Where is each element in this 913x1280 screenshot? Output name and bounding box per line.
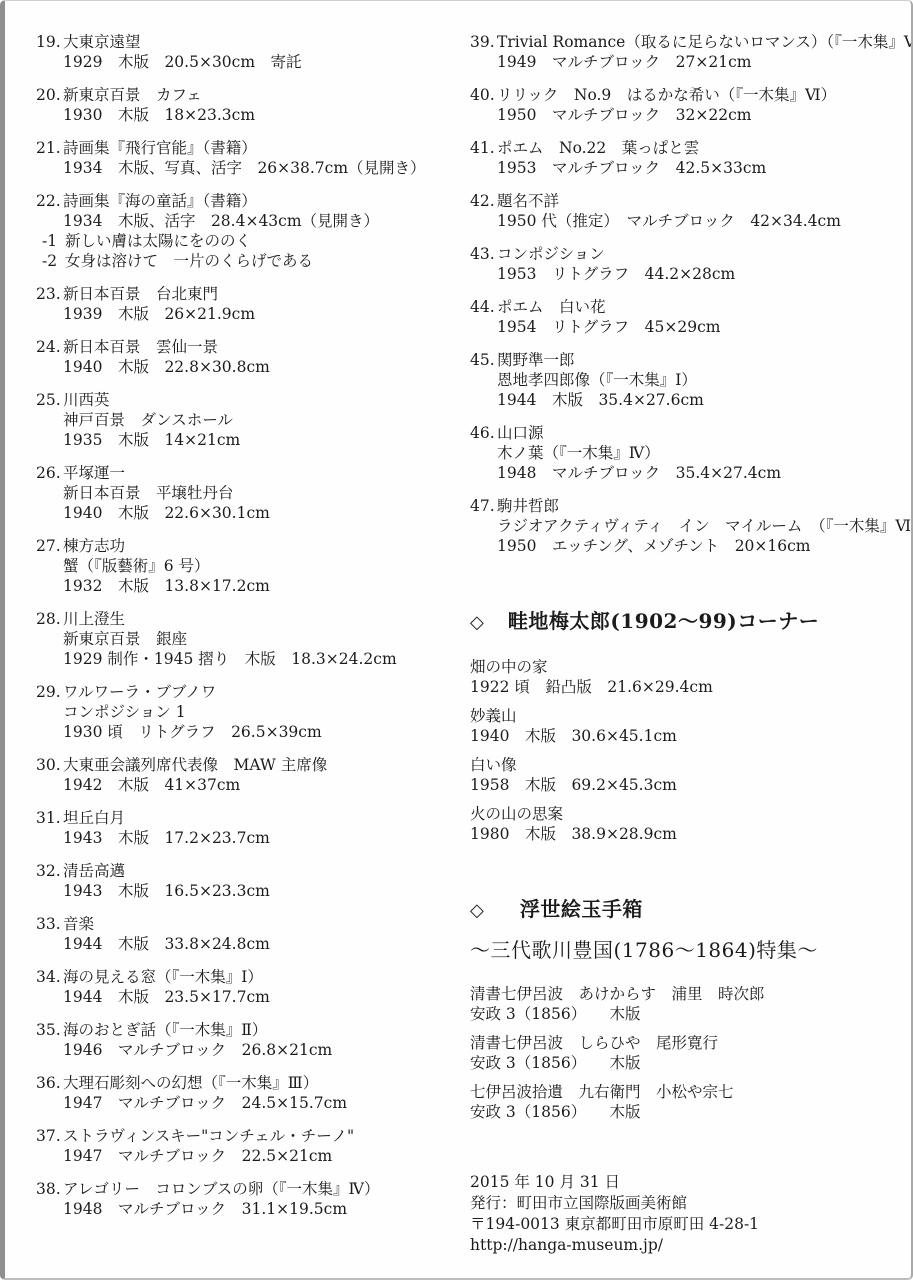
item-detail: 1947 マルチブロック 24.5×15.7cm [63,1093,347,1113]
catalog-entry: 七伊呂波拾遺 九右衛門 小松や宗七安政 3（1856） 木版 [470,1082,911,1122]
item-line: 42.題名不詳 [470,191,911,211]
item-detail: 新東京百景 銀座 [63,629,187,649]
item-detail: 1930 頃 リトグラフ 26.5×39cm [63,722,322,742]
entry-detail: 1958 木版 69.2×45.3cm [470,776,677,794]
item-title: 坦丘白月 [63,808,125,828]
publisher-address: 〒194-0013 東京都町田市原町田 4-28-1 [470,1214,911,1235]
item-detail: 1934 木版、活字 28.4×43cm（見開き） [63,211,379,231]
item-title: 詩画集『海の童話』（書籍） [63,191,257,211]
item-line: 46.山口源 [470,423,911,443]
item-line: 40.リリック No.9 はるかな希い（『一木集』Ⅵ） [470,85,911,105]
item-detail: 1948 マルチブロック 35.4×27.4cm [497,463,781,483]
item-detail: 1947 マルチブロック 22.5×21cm [63,1146,332,1166]
item-detail: 1950 エッチング、メゾチント 20×16cm [497,536,811,556]
item-number: 46. [470,423,497,443]
item-line: 32.清岳高邁 [36,861,470,881]
entry-line: 1922 頃 鉛凸版 21.6×29.4cm [470,677,911,697]
catalog-item: 24.新日本百景 雲仙一景1940 木版 22.8×30.8cm [36,337,470,377]
item-line: 22.詩画集『海の童話』（書籍） [36,191,470,211]
item-line: 恩地孝四郎像（『一木集』Ⅰ） [470,370,911,390]
catalog-item: 45.関野準一郎恩地孝四郎像（『一木集』Ⅰ）1944 木版 35.4×27.6c… [470,350,911,410]
catalog-item: 33.音楽1944 木版 33.8×24.8cm [36,914,470,954]
item-line: 45.関野準一郎 [470,350,911,370]
item-detail: 1943 木版 17.2×23.7cm [63,828,270,848]
item-number: 32. [36,861,63,881]
item-number: 19. [36,32,63,52]
item-detail: 1932 木版 13.8×17.2cm [63,576,270,596]
item-line: 1943 木版 16.5×23.3cm [36,881,470,901]
catalog-item: 43.コンポジション1953 リトグラフ 44.2×28cm [470,244,911,284]
entry-title: 妙義山 [470,707,517,725]
catalog-item: 22.詩画集『海の童話』（書籍）1934 木版、活字 28.4×43cm（見開き… [36,191,470,271]
item-detail: 恩地孝四郎像（『一木集』Ⅰ） [497,370,697,390]
item-number: 23. [36,284,63,304]
catalog-item: 40.リリック No.9 はるかな希い（『一木集』Ⅵ）1950 マルチブロック … [470,85,911,125]
right-column-items: 39.Trivial Romance（取るに足らないロマンス）（『一木集』Ⅴ）1… [470,32,911,556]
section: ◇畦地梅太郎(1902～99)コーナー畑の中の家1922 頃 鉛凸版 21.6×… [470,608,911,844]
entry-line: 安政 3（1856） 木版 [470,1004,911,1024]
catalog-item: 29.ワルワーラ・ブブノワコンポジション 11930 頃 リトグラフ 26.5×… [36,682,470,742]
item-detail: 1943 木版 16.5×23.3cm [63,881,270,901]
catalog-item: 36.大理石彫刻への幻想（『一木集』Ⅲ）1947 マルチブロック 24.5×15… [36,1073,470,1113]
item-number: 37. [36,1126,63,1146]
item-detail: 1930 木版 18×23.3cm [63,105,255,125]
item-line: 1954 リトグラフ 45×29cm [470,317,911,337]
item-line: 43.コンポジション [470,244,911,264]
item-title: 海の見える窓（『一木集』Ⅰ） [63,967,263,987]
item-line: 31.坦丘白月 [36,808,470,828]
item-number: 22. [36,191,63,211]
item-line: 1944 木版 33.8×24.8cm [36,934,470,954]
item-detail: 1949 マルチブロック 27×21cm [497,52,751,72]
item-line: コンポジション 1 [36,702,470,722]
item-line: ラジオアクティヴィティ イン マイルーム （『一木集』Ⅵ） [470,516,911,536]
item-line: 1939 木版 26×21.9cm [36,304,470,324]
entry-title: 火の山の思案 [470,805,563,823]
item-line: 1950 マルチブロック 32×22cm [470,105,911,125]
item-line: 神戸百景 ダンスホール [36,410,470,430]
item-number: 33. [36,914,63,934]
item-title: 新東京百景 カフェ [63,85,202,105]
item-line: 19.大東京遠望 [36,32,470,52]
section-heading: ◇畦地梅太郎(1902～99)コーナー [470,608,911,636]
item-title: 大東亜会議列席代表像 MAW 主席像 [63,755,327,775]
item-detail: ラジオアクティヴィティ イン マイルーム （『一木集』Ⅵ） [497,516,913,536]
catalog-item: 46.山口源木ノ葉（『一木集』Ⅳ）1948 マルチブロック 35.4×27.4c… [470,423,911,483]
item-line: 35.海のおとぎ話（『一木集』Ⅱ） [36,1020,470,1040]
item-detail: 神戸百景 ダンスホール [63,410,233,430]
item-line: 27.棟方志功 [36,536,470,556]
two-column-layout: 19.大東京遠望1929 木版 20.5×30cm 寄託20.新東京百景 カフェ… [36,32,911,1256]
item-line: 1943 木版 17.2×23.7cm [36,828,470,848]
publisher: 発行：町田市立国際版画美術館 [470,1193,911,1214]
catalog-item: 19.大東京遠望1929 木版 20.5×30cm 寄託 [36,32,470,72]
item-title: 音楽 [63,914,94,934]
item-title: ポエム No.22 葉っぱと雲 [497,138,699,158]
entry-detail: 安政 3（1856） 木版 [470,1005,641,1023]
entry-line: 清書七伊呂波 あけからす 浦里 時次郎 [470,984,911,1004]
item-number: 35. [36,1020,63,1040]
item-line: 37.ストラヴィンスキー"コンチェル・チーノ" [36,1126,470,1146]
item-line: 21.詩画集『飛行官能』（書籍） [36,138,470,158]
catalog-item: 42.題名不詳1950 代（推定） マルチブロック 42×34.4cm [470,191,911,231]
entry-line: 七伊呂波拾遺 九右衛門 小松や宗七 [470,1082,911,1102]
item-line: 38.アレゴリー コロンブスの卵（『一木集』Ⅳ） [36,1179,470,1199]
item-line: 36.大理石彫刻への幻想（『一木集』Ⅲ） [36,1073,470,1093]
item-title: 大東京遠望 [63,32,141,52]
subitem-text: 女身は溶けて 一片のくらげである [65,251,313,271]
item-line: 1940 木版 22.6×30.1cm [36,503,470,523]
item-line: 30.大東亜会議列席代表像 MAW 主席像 [36,755,470,775]
catalog-page: 19.大東京遠望1929 木版 20.5×30cm 寄託20.新東京百景 カフェ… [0,0,913,1280]
item-number: 41. [470,138,497,158]
item-line: 39.Trivial Romance（取るに足らないロマンス）（『一木集』Ⅴ） [470,32,911,52]
catalog-item: 47.駒井哲郎ラジオアクティヴィティ イン マイルーム （『一木集』Ⅵ）1950… [470,496,911,556]
item-number: 20. [36,85,63,105]
item-line: 1942 木版 41×37cm [36,775,470,795]
item-title: 平塚運一 [63,463,125,483]
item-detail: 1944 木版 33.8×24.8cm [63,934,270,954]
entry-line: 白い像 [470,755,911,775]
item-line: 1947 マルチブロック 24.5×15.7cm [36,1093,470,1113]
item-number: 31. [36,808,63,828]
catalog-item: 34.海の見える窓（『一木集』Ⅰ）1944 木版 23.5×17.7cm [36,967,470,1007]
item-detail: 1946 マルチブロック 26.8×21cm [63,1040,332,1060]
catalog-item: 35.海のおとぎ話（『一木集』Ⅱ）1946 マルチブロック 26.8×21cm [36,1020,470,1060]
item-number: 21. [36,138,63,158]
entry-line: 安政 3（1856） 木版 [470,1102,911,1122]
item-title: 大理石彫刻への幻想（『一木集』Ⅲ） [63,1073,318,1093]
catalog-item: 26.平塚運一新日本百景 平壌牡丹台1940 木版 22.6×30.1cm [36,463,470,523]
item-line: 34.海の見える窓（『一木集』Ⅰ） [36,967,470,987]
item-detail: 新日本百景 平壌牡丹台 [63,483,234,503]
section-heading: ◇浮世絵玉手箱 [470,896,911,924]
item-title: Trivial Romance（取るに足らないロマンス）（『一木集』Ⅴ） [497,32,913,52]
entry-detail: 1940 木版 30.6×45.1cm [470,727,677,745]
item-line: 25.川西英 [36,390,470,410]
item-number: 39. [470,32,497,52]
item-detail: 1939 木版 26×21.9cm [63,304,255,324]
publication-date: 2015 年 10 月 31 日 [470,1172,911,1193]
item-title: 詩画集『飛行官能』（書籍） [63,138,257,158]
item-line: 蟹（『版藝術』6 号） [36,556,470,576]
catalog-item: 39.Trivial Romance（取るに足らないロマンス）（『一木集』Ⅴ）1… [470,32,911,72]
item-line: 44.ポエム 白い花 [470,297,911,317]
item-line: 1932 木版 13.8×17.2cm [36,576,470,596]
item-number: 47. [470,496,497,516]
item-title: 駒井哲郎 [497,496,559,516]
entry-line: 1958 木版 69.2×45.3cm [470,775,911,795]
catalog-entry: 清書七伊呂波 しらひや 尾形寛行安政 3（1856） 木版 [470,1033,911,1073]
entry-detail: 1980 木版 38.9×28.9cm [470,825,677,843]
item-number: 34. [36,967,63,987]
item-line: 1934 木版、写真、活字 26×38.7cm（見開き） [36,158,470,178]
item-title: 関野準一郎 [497,350,575,370]
item-number: 27. [36,536,63,556]
item-line: 26.平塚運一 [36,463,470,483]
item-title: 新日本百景 雲仙一景 [63,337,218,357]
item-number: 26. [36,463,63,483]
item-number: 42. [470,191,497,211]
item-detail: 1944 木版 23.5×17.7cm [63,987,270,1007]
section-entries: 清書七伊呂波 あけからす 浦里 時次郎安政 3（1856） 木版清書七伊呂波 し… [470,984,911,1122]
catalog-item: 41.ポエム No.22 葉っぱと雲1953 マルチブロック 42.5×33cm [470,138,911,178]
section-subtitle: ～三代歌川豊国(1786～1864)特集～ [470,937,911,963]
item-title: コンポジション [497,244,605,264]
catalog-item: 44.ポエム 白い花1954 リトグラフ 45×29cm [470,297,911,337]
catalog-entry: 清書七伊呂波 あけからす 浦里 時次郎安政 3（1856） 木版 [470,984,911,1024]
item-number: 45. [470,350,497,370]
item-line: 28.川上澄生 [36,609,470,629]
item-number: 44. [470,297,497,317]
item-title: リリック No.9 はるかな希い（『一木集』Ⅵ） [497,85,836,105]
sections: ◇畦地梅太郎(1902～99)コーナー畑の中の家1922 頃 鉛凸版 21.6×… [470,608,911,1122]
section: ◇浮世絵玉手箱～三代歌川豊国(1786～1864)特集～清書七伊呂波 あけからす… [470,896,911,1122]
entry-line: 畑の中の家 [470,657,911,677]
item-line: 24.新日本百景 雲仙一景 [36,337,470,357]
item-subline: -2女身は溶けて 一片のくらげである [36,251,470,271]
item-detail: 1944 木版 35.4×27.6cm [497,390,704,410]
item-number: 43. [470,244,497,264]
catalog-item: 23.新日本百景 台北東門1939 木版 26×21.9cm [36,284,470,324]
item-line: 1953 マルチブロック 42.5×33cm [470,158,911,178]
item-detail: 1948 マルチブロック 31.1×19.5cm [63,1199,347,1219]
item-title: 清岳高邁 [63,861,125,881]
item-number: 30. [36,755,63,775]
item-detail: 1935 木版 14×21cm [63,430,240,450]
item-line: 1947 マルチブロック 22.5×21cm [36,1146,470,1166]
entry-line: 1980 木版 38.9×28.9cm [470,824,911,844]
item-detail: 1934 木版、写真、活字 26×38.7cm（見開き） [63,158,426,178]
item-title: アレゴリー コロンブスの卵（『一木集』Ⅳ） [63,1179,380,1199]
item-line: 1929 木版 20.5×30cm 寄託 [36,52,470,72]
item-number: 28. [36,609,63,629]
item-number: 38. [36,1179,63,1199]
item-number: 25. [36,390,63,410]
subitem-number: -1 [42,231,65,251]
item-line: 1940 木版 22.8×30.8cm [36,357,470,377]
diamond-icon: ◇ [470,897,484,924]
item-line: 1935 木版 14×21cm [36,430,470,450]
item-line: 29.ワルワーラ・ブブノワ [36,682,470,702]
catalog-item: 21.詩画集『飛行官能』（書籍）1934 木版、写真、活字 26×38.7cm（… [36,138,470,178]
entry-detail: 1922 頃 鉛凸版 21.6×29.4cm [470,678,713,696]
item-line: 1944 木版 35.4×27.6cm [470,390,911,410]
colophon: 2015 年 10 月 31 日発行：町田市立国際版画美術館〒194-0013 … [470,1172,911,1256]
item-detail: 1953 マルチブロック 42.5×33cm [497,158,766,178]
section-title: 畦地梅太郎(1902～99)コーナー [508,608,819,635]
item-title: 川上澄生 [63,609,125,629]
item-line: 1949 マルチブロック 27×21cm [470,52,911,72]
item-detail: 1929 制作・1945 摺り 木版 18.3×24.2cm [63,649,397,669]
item-line: 47.駒井哲郎 [470,496,911,516]
catalog-item: 30.大東亜会議列席代表像 MAW 主席像1942 木版 41×37cm [36,755,470,795]
catalog-item: 37.ストラヴィンスキー"コンチェル・チーノ"1947 マルチブロック 22.5… [36,1126,470,1166]
catalog-entry: 妙義山1940 木版 30.6×45.1cm [470,706,911,746]
item-detail: 1929 木版 20.5×30cm 寄託 [63,52,302,72]
item-line: 41.ポエム No.22 葉っぱと雲 [470,138,911,158]
item-line: 1930 頃 リトグラフ 26.5×39cm [36,722,470,742]
item-title: ストラヴィンスキー"コンチェル・チーノ" [63,1126,354,1146]
item-line: 木ノ葉（『一木集』Ⅳ） [470,443,911,463]
entry-title: 白い像 [470,756,517,774]
item-detail: 1954 リトグラフ 45×29cm [497,317,720,337]
entry-title: 清書七伊呂波 あけからす 浦里 時次郎 [470,985,765,1003]
item-title: 題名不詳 [497,191,559,211]
item-line: 1946 マルチブロック 26.8×21cm [36,1040,470,1060]
item-subline: -1新しい膚は太陽にをののく [36,231,470,251]
item-title: 山口源 [497,423,544,443]
section-title: 浮世絵玉手箱 [520,896,643,923]
catalog-item: 31.坦丘白月1943 木版 17.2×23.7cm [36,808,470,848]
item-line: 33.音楽 [36,914,470,934]
item-number: 24. [36,337,63,357]
item-detail: 木ノ葉（『一木集』Ⅳ） [497,443,660,463]
catalog-item: 32.清岳高邁1943 木版 16.5×23.3cm [36,861,470,901]
item-line: 1948 マルチブロック 35.4×27.4cm [470,463,911,483]
entry-title: 清書七伊呂波 しらひや 尾形寛行 [470,1034,718,1052]
item-title: 新日本百景 台北東門 [63,284,218,304]
item-title: 川西英 [63,390,110,410]
publisher-url: http://hanga-museum.jp/ [470,1235,911,1256]
item-line: 新東京百景 銀座 [36,629,470,649]
item-title: ポエム 白い花 [497,297,606,317]
diamond-icon: ◇ [470,609,484,636]
item-line: 新日本百景 平壌牡丹台 [36,483,470,503]
item-detail: 1942 木版 41×37cm [63,775,240,795]
entry-title: 七伊呂波拾遺 九右衛門 小松や宗七 [470,1083,734,1101]
catalog-item: 38.アレゴリー コロンブスの卵（『一木集』Ⅳ）1948 マルチブロック 31.… [36,1179,470,1219]
catalog-entry: 畑の中の家1922 頃 鉛凸版 21.6×29.4cm [470,657,911,697]
item-number: 29. [36,682,63,702]
entry-line: 火の山の思案 [470,804,911,824]
item-line: 1930 木版 18×23.3cm [36,105,470,125]
item-detail: 1950 代（推定） マルチブロック 42×34.4cm [497,211,841,231]
catalog-item: 28.川上澄生新東京百景 銀座1929 制作・1945 摺り 木版 18.3×2… [36,609,470,669]
entry-detail: 安政 3（1856） 木版 [470,1103,641,1121]
item-line: 1950 エッチング、メゾチント 20×16cm [470,536,911,556]
item-line: 1934 木版、活字 28.4×43cm（見開き） [36,211,470,231]
item-line: 1953 リトグラフ 44.2×28cm [470,264,911,284]
item-detail: 1940 木版 22.8×30.8cm [63,357,270,377]
item-detail: 1940 木版 22.6×30.1cm [63,503,270,523]
catalog-item: 27.棟方志功蟹（『版藝術』6 号）1932 木版 13.8×17.2cm [36,536,470,596]
item-detail: コンポジション 1 [63,702,186,722]
entry-detail: 安政 3（1856） 木版 [470,1054,641,1072]
entry-line: 妙義山 [470,706,911,726]
subitem-number: -2 [42,251,65,271]
item-number: 36. [36,1073,63,1093]
item-title: 海のおとぎ話（『一木集』Ⅱ） [63,1020,267,1040]
item-detail: 1953 リトグラフ 44.2×28cm [497,264,735,284]
catalog-item: 25.川西英神戸百景 ダンスホール1935 木版 14×21cm [36,390,470,450]
catalog-entry: 火の山の思案1980 木版 38.9×28.9cm [470,804,911,844]
item-detail: 蟹（『版藝術』6 号） [63,556,210,576]
catalog-item: 20.新東京百景 カフェ1930 木版 18×23.3cm [36,85,470,125]
item-detail: 1950 マルチブロック 32×22cm [497,105,751,125]
item-line: 23.新日本百景 台北東門 [36,284,470,304]
left-column: 19.大東京遠望1929 木版 20.5×30cm 寄託20.新東京百景 カフェ… [36,32,470,1256]
item-line: 1948 マルチブロック 31.1×19.5cm [36,1199,470,1219]
section-entries: 畑の中の家1922 頃 鉛凸版 21.6×29.4cm妙義山1940 木版 30… [470,657,911,844]
subitem-text: 新しい膚は太陽にをののく [65,231,251,251]
item-line: 20.新東京百景 カフェ [36,85,470,105]
item-title: ワルワーラ・ブブノワ [63,682,216,702]
item-line: 1929 制作・1945 摺り 木版 18.3×24.2cm [36,649,470,669]
right-column: 39.Trivial Romance（取るに足らないロマンス）（『一木集』Ⅴ）1… [470,32,911,1256]
entry-line: 安政 3（1856） 木版 [470,1053,911,1073]
item-title: 棟方志功 [63,536,125,556]
item-line: 1944 木版 23.5×17.7cm [36,987,470,1007]
item-line: 1950 代（推定） マルチブロック 42×34.4cm [470,211,911,231]
entry-line: 清書七伊呂波 しらひや 尾形寛行 [470,1033,911,1053]
item-number: 40. [470,85,497,105]
catalog-entry: 白い像1958 木版 69.2×45.3cm [470,755,911,795]
entry-line: 1940 木版 30.6×45.1cm [470,726,911,746]
entry-title: 畑の中の家 [470,658,548,676]
